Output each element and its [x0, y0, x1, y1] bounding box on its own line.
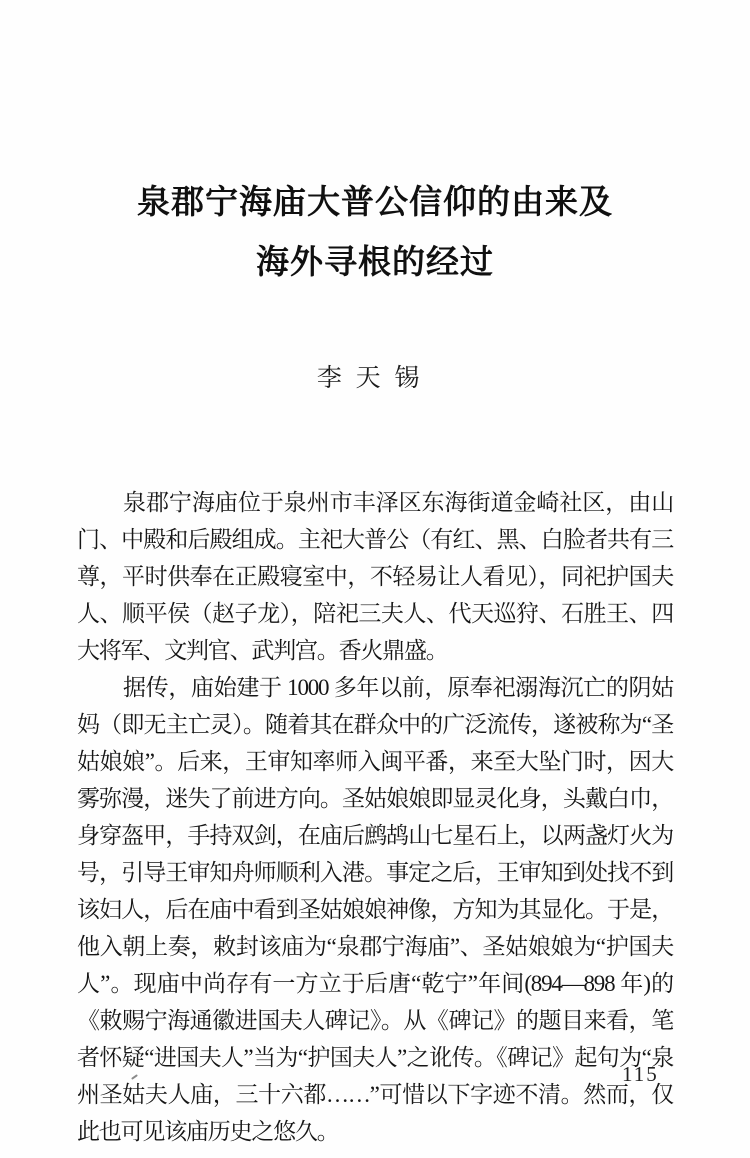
article-title: 泉郡宁海庙大普公信仰的由来及 海外寻根的经过	[0, 0, 750, 292]
author-name: 李天锡	[0, 358, 750, 394]
article-title-line-1: 泉郡宁海庙大普公信仰的由来及	[0, 172, 750, 232]
article-body: 泉郡宁海庙位于泉州市丰泽区东海街道金崎社区，由山门、中殿和后殿组成。主祀大普公（…	[77, 484, 673, 1150]
body-paragraph-1: 泉郡宁海庙位于泉州市丰泽区东海街道金崎社区，由山门、中殿和后殿组成。主祀大普公（…	[77, 484, 673, 669]
page-number: 115	[622, 1062, 659, 1087]
body-paragraph-2: 据传，庙始建于 1000 多年以前，原奉祀溺海沉亡的阴姑妈（即无主亡灵）。随着其…	[77, 669, 673, 1150]
article-title-line-2: 海外寻根的经过	[0, 232, 750, 292]
book-page: 泉郡宁海庙大普公信仰的由来及 海外寻根的经过 李天锡 泉郡宁海庙位于泉州市丰泽区…	[0, 0, 750, 1158]
